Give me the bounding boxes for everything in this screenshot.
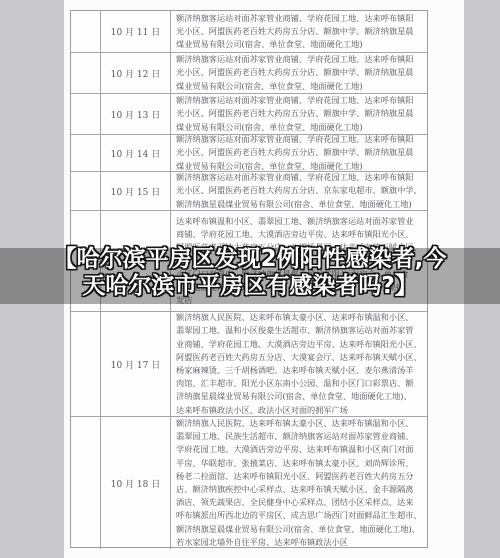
date-cell: 10 月 12 日: [101, 53, 171, 93]
table-row: 10 月 11 日 额济纳旗客运站对面苏家管业商铺、学府花园工地、达来呼布镇阳 …: [71, 11, 427, 53]
locations-cell: 额济纳旗客运站对面苏家管业商铺、学府花园工地、达来呼布镇阳 光小区、阿盟医药老百…: [171, 94, 427, 134]
empty-cell: [71, 417, 101, 549]
date-cell: 10 月 15 日: [101, 172, 171, 210]
table-row: 10 月 12 日 额济纳旗客运站对面苏家管业商铺、学府花园工地、达来呼布镇阳 …: [71, 53, 427, 94]
locations-cell: 额济纳旗人民医院、达来呼布镇太豪小区、达来呼布镇温和小区、 翡翠园工地、民族生活…: [171, 417, 427, 549]
locations-cell: 额济纳旗客运站对面苏家管业商铺、学府花园工地、达来呼布镇阳 光小区、阿盟医药老百…: [171, 172, 427, 210]
table-row: 10 月 18 日 额济纳旗人民医院、达来呼布镇太豪小区、达来呼布镇温和小区、 …: [71, 417, 427, 549]
locations-text: 额济纳旗客运站对面苏家管业商铺、学府花园工地、达来呼布镇阳 光小区、阿盟医药老百…: [176, 53, 422, 93]
table-row: 10 月 15 日 额济纳旗客运站对面苏家管业商铺、学府花园工地、达来呼布镇阳 …: [71, 172, 427, 211]
empty-cell: [71, 312, 101, 416]
empty-cell: [71, 11, 101, 52]
locations-text: 额济纳旗客运站对面苏家管业商铺、学府花园工地、达来呼布镇阳 光小区、阿盟医药老百…: [176, 12, 422, 52]
date-cell: 10 月 14 日: [101, 135, 171, 171]
locations-cell: 额济纳旗客运站对面苏家管业商铺、学府花园工地、达来呼布镇阳 光小区、阿盟医药老百…: [171, 135, 427, 171]
empty-cell: [71, 53, 101, 93]
locations-text: 额济纳旗人民医院、达来呼布镇太豪小区、达来呼布镇温和小区、 翡翠园工地、民族生活…: [176, 417, 422, 549]
empty-cell: [71, 135, 101, 171]
date-cell: 10 月 11 日: [101, 11, 171, 52]
locations-text: 额济纳旗客运站对面苏家管业商铺、学府花园工地、达来呼布镇阳 光小区、阿盟医药老百…: [176, 94, 422, 134]
locations-text: 额济纳旗客运站对面苏家管业商铺、学府花园工地、达来呼布镇阳 光小区、阿盟医药老百…: [176, 172, 422, 210]
locations-cell: 额济纳旗客运站对面苏家管业商铺、学府花园工地、达来呼布镇阳 光小区、阿盟医药老百…: [171, 11, 427, 52]
table-row: 10 月 17 日 额济纳旗人民医院、达来呼布镇太豪小区、达来呼布镇温和小区、 …: [71, 312, 427, 417]
table-row: 10 月 13 日 额济纳旗客运站对面苏家管业商铺、学府花园工地、达来呼布镇阳 …: [71, 94, 427, 135]
caption-title: 【哈尔滨平房区发现2例阳性感染者,今 天哈尔滨市平房区有感染者吗?】: [0, 246, 500, 300]
locations-text: 额济纳旗客运站对面苏家管业商铺、学府花园工地、达来呼布镇阳 光小区、阿盟医药老百…: [176, 135, 422, 171]
date-cell: 10 月 18 日: [101, 417, 171, 549]
locations-text: 额济纳旗人民医院、达来呼布镇太豪小区、达来呼布镇温和小区、 翡翠园工地、温和小区…: [176, 312, 422, 416]
date-cell: 10 月 13 日: [101, 94, 171, 134]
empty-cell: [71, 172, 101, 210]
locations-cell: 额济纳旗人民医院、达来呼布镇太豪小区、达来呼布镇温和小区、 翡翠园工地、温和小区…: [171, 312, 427, 416]
empty-cell: [71, 94, 101, 134]
date-cell: 10 月 17 日: [101, 312, 171, 416]
locations-cell: 额济纳旗客运站对面苏家管业商铺、学府花园工地、达来呼布镇阳 光小区、阿盟医药老百…: [171, 53, 427, 93]
table-row: 10 月 14 日 额济纳旗客运站对面苏家管业商铺、学府花园工地、达来呼布镇阳 …: [71, 135, 427, 172]
